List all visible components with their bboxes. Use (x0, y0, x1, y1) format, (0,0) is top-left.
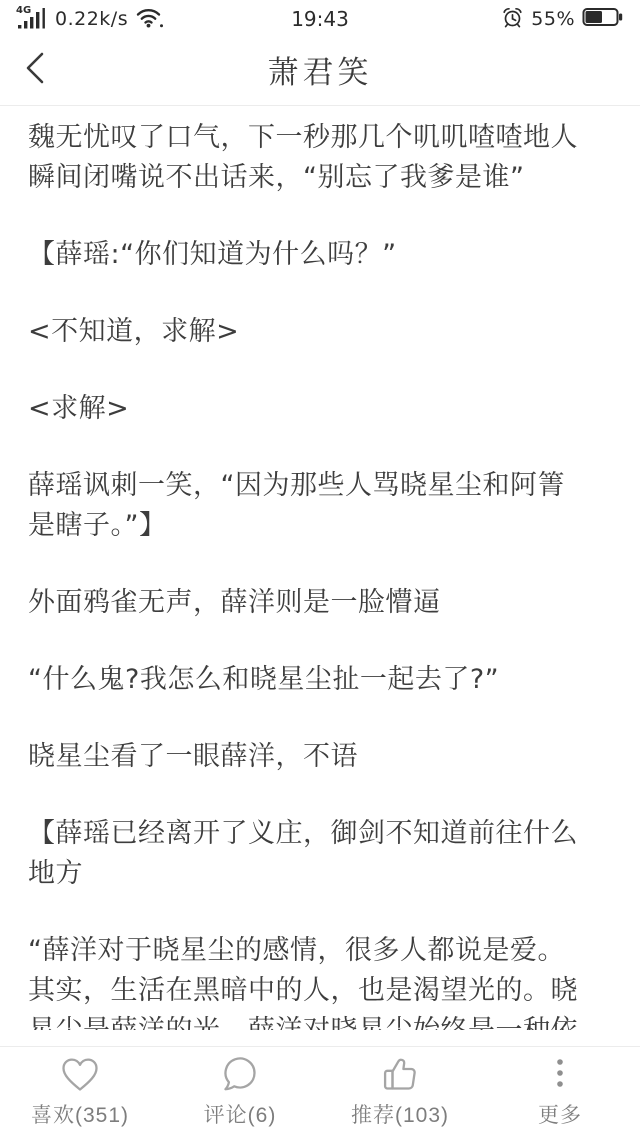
wifi-icon (135, 5, 165, 33)
paragraph: 薛瑶讽刺一笑，“因为那些人骂晓星尘和阿箐是瞎子。”】 (28, 466, 612, 546)
text-line: 外面鸦雀无声，薛洋则是一脸懵逼 (28, 583, 612, 623)
text-line: 【薛瑶已经离开了义庄，御剑不知道前往什么 (28, 814, 612, 854)
paragraph: “薛洋对于晓星尘的感情，很多人都说是爱。其实，生活在黑暗中的人，也是渴望光的。晓… (28, 931, 612, 1030)
heart-icon (59, 1056, 101, 1094)
comment-button[interactable]: 评论(6) (160, 1047, 320, 1138)
more-button[interactable]: 更多 (480, 1047, 640, 1138)
comment-label: 评论(6) (204, 1099, 277, 1129)
alarm-icon (501, 6, 524, 33)
text-line: “薛洋对于晓星尘的感情，很多人都说是爱。 (28, 931, 612, 971)
paragraph: 【薛瑶:“你们知道为什么吗？” (28, 235, 612, 275)
clock-time: 19:43 (291, 7, 349, 31)
status-bar: 4G 0.22k/s 19:43 (0, 0, 640, 34)
signal-strength-icon: 4G (16, 4, 48, 34)
text-line: 晓星尘看了一眼薛洋，不语 (28, 737, 612, 777)
text-line: 星尘是薛洋的光，薛洋对晓星尘始终是一种依 (28, 1011, 612, 1030)
network-speed: 0.22k/s (55, 8, 128, 30)
back-button[interactable] (14, 48, 58, 92)
comment-icon (219, 1056, 261, 1094)
phone-screen: 4G 0.22k/s 19:43 (0, 0, 640, 1138)
paragraph: 魏无忧叹了口气，下一秒那几个叽叽喳喳地人瞬间闭嘴说不出话来，“别忘了我爹是谁” (28, 118, 612, 198)
paragraph: 【薛瑶已经离开了义庄，御剑不知道前往什么地方 (28, 814, 612, 894)
text-line: 是瞎子。”】 (28, 506, 612, 546)
paragraph: 晓星尘看了一眼薛洋，不语 (28, 737, 612, 777)
like-label: 喜欢(351) (31, 1099, 129, 1129)
text-line: <求解> (28, 389, 612, 429)
thumbs-up-icon (379, 1056, 421, 1094)
battery-fill-rect (586, 11, 603, 23)
text-line: 【薛瑶:“你们知道为什么吗？” (28, 235, 612, 275)
bottom-action-bar: 喜欢(351) 评论(6) 推荐(103) (0, 1046, 640, 1138)
reader-content[interactable]: 魏无忧叹了口气，下一秒那几个叽叽喳喳地人瞬间闭嘴说不出话来，“别忘了我爹是谁”【… (0, 106, 640, 1030)
text-line: 薛瑶讽刺一笑，“因为那些人骂晓星尘和阿箐 (28, 466, 612, 506)
back-chevron-icon (19, 50, 53, 89)
text-line: “什么鬼?我怎么和晓星尘扯一起去了?” (28, 660, 612, 700)
chapter-title: 萧君笑 (268, 47, 373, 92)
battery-percent-label: 55% (531, 8, 575, 30)
network-type-label: 4G (16, 5, 31, 16)
text-line: <不知道，求解> (28, 312, 612, 352)
recommend-button[interactable]: 推荐(103) (320, 1047, 480, 1138)
paragraph: <求解> (28, 389, 612, 429)
text-line: 魏无忧叹了口气，下一秒那几个叽叽喳喳地人 (28, 118, 612, 158)
text-line: 地方 (28, 854, 612, 894)
recommend-label: 推荐(103) (351, 1099, 449, 1129)
paragraph: 外面鸦雀无声，薛洋则是一脸懵逼 (28, 583, 612, 623)
chapter-header: 萧君笑 (0, 34, 640, 106)
paragraph: <不知道，求解> (28, 312, 612, 352)
more-label: 更多 (538, 1099, 582, 1129)
more-icon (539, 1056, 581, 1094)
text-line: 其实，生活在黑暗中的人，也是渴望光的。晓 (28, 971, 612, 1011)
paragraph: “什么鬼?我怎么和晓星尘扯一起去了?” (28, 660, 612, 700)
like-button[interactable]: 喜欢(351) (0, 1047, 160, 1138)
text-line: 瞬间闭嘴说不出话来，“别忘了我爹是谁” (28, 158, 612, 198)
battery-icon (582, 6, 624, 32)
